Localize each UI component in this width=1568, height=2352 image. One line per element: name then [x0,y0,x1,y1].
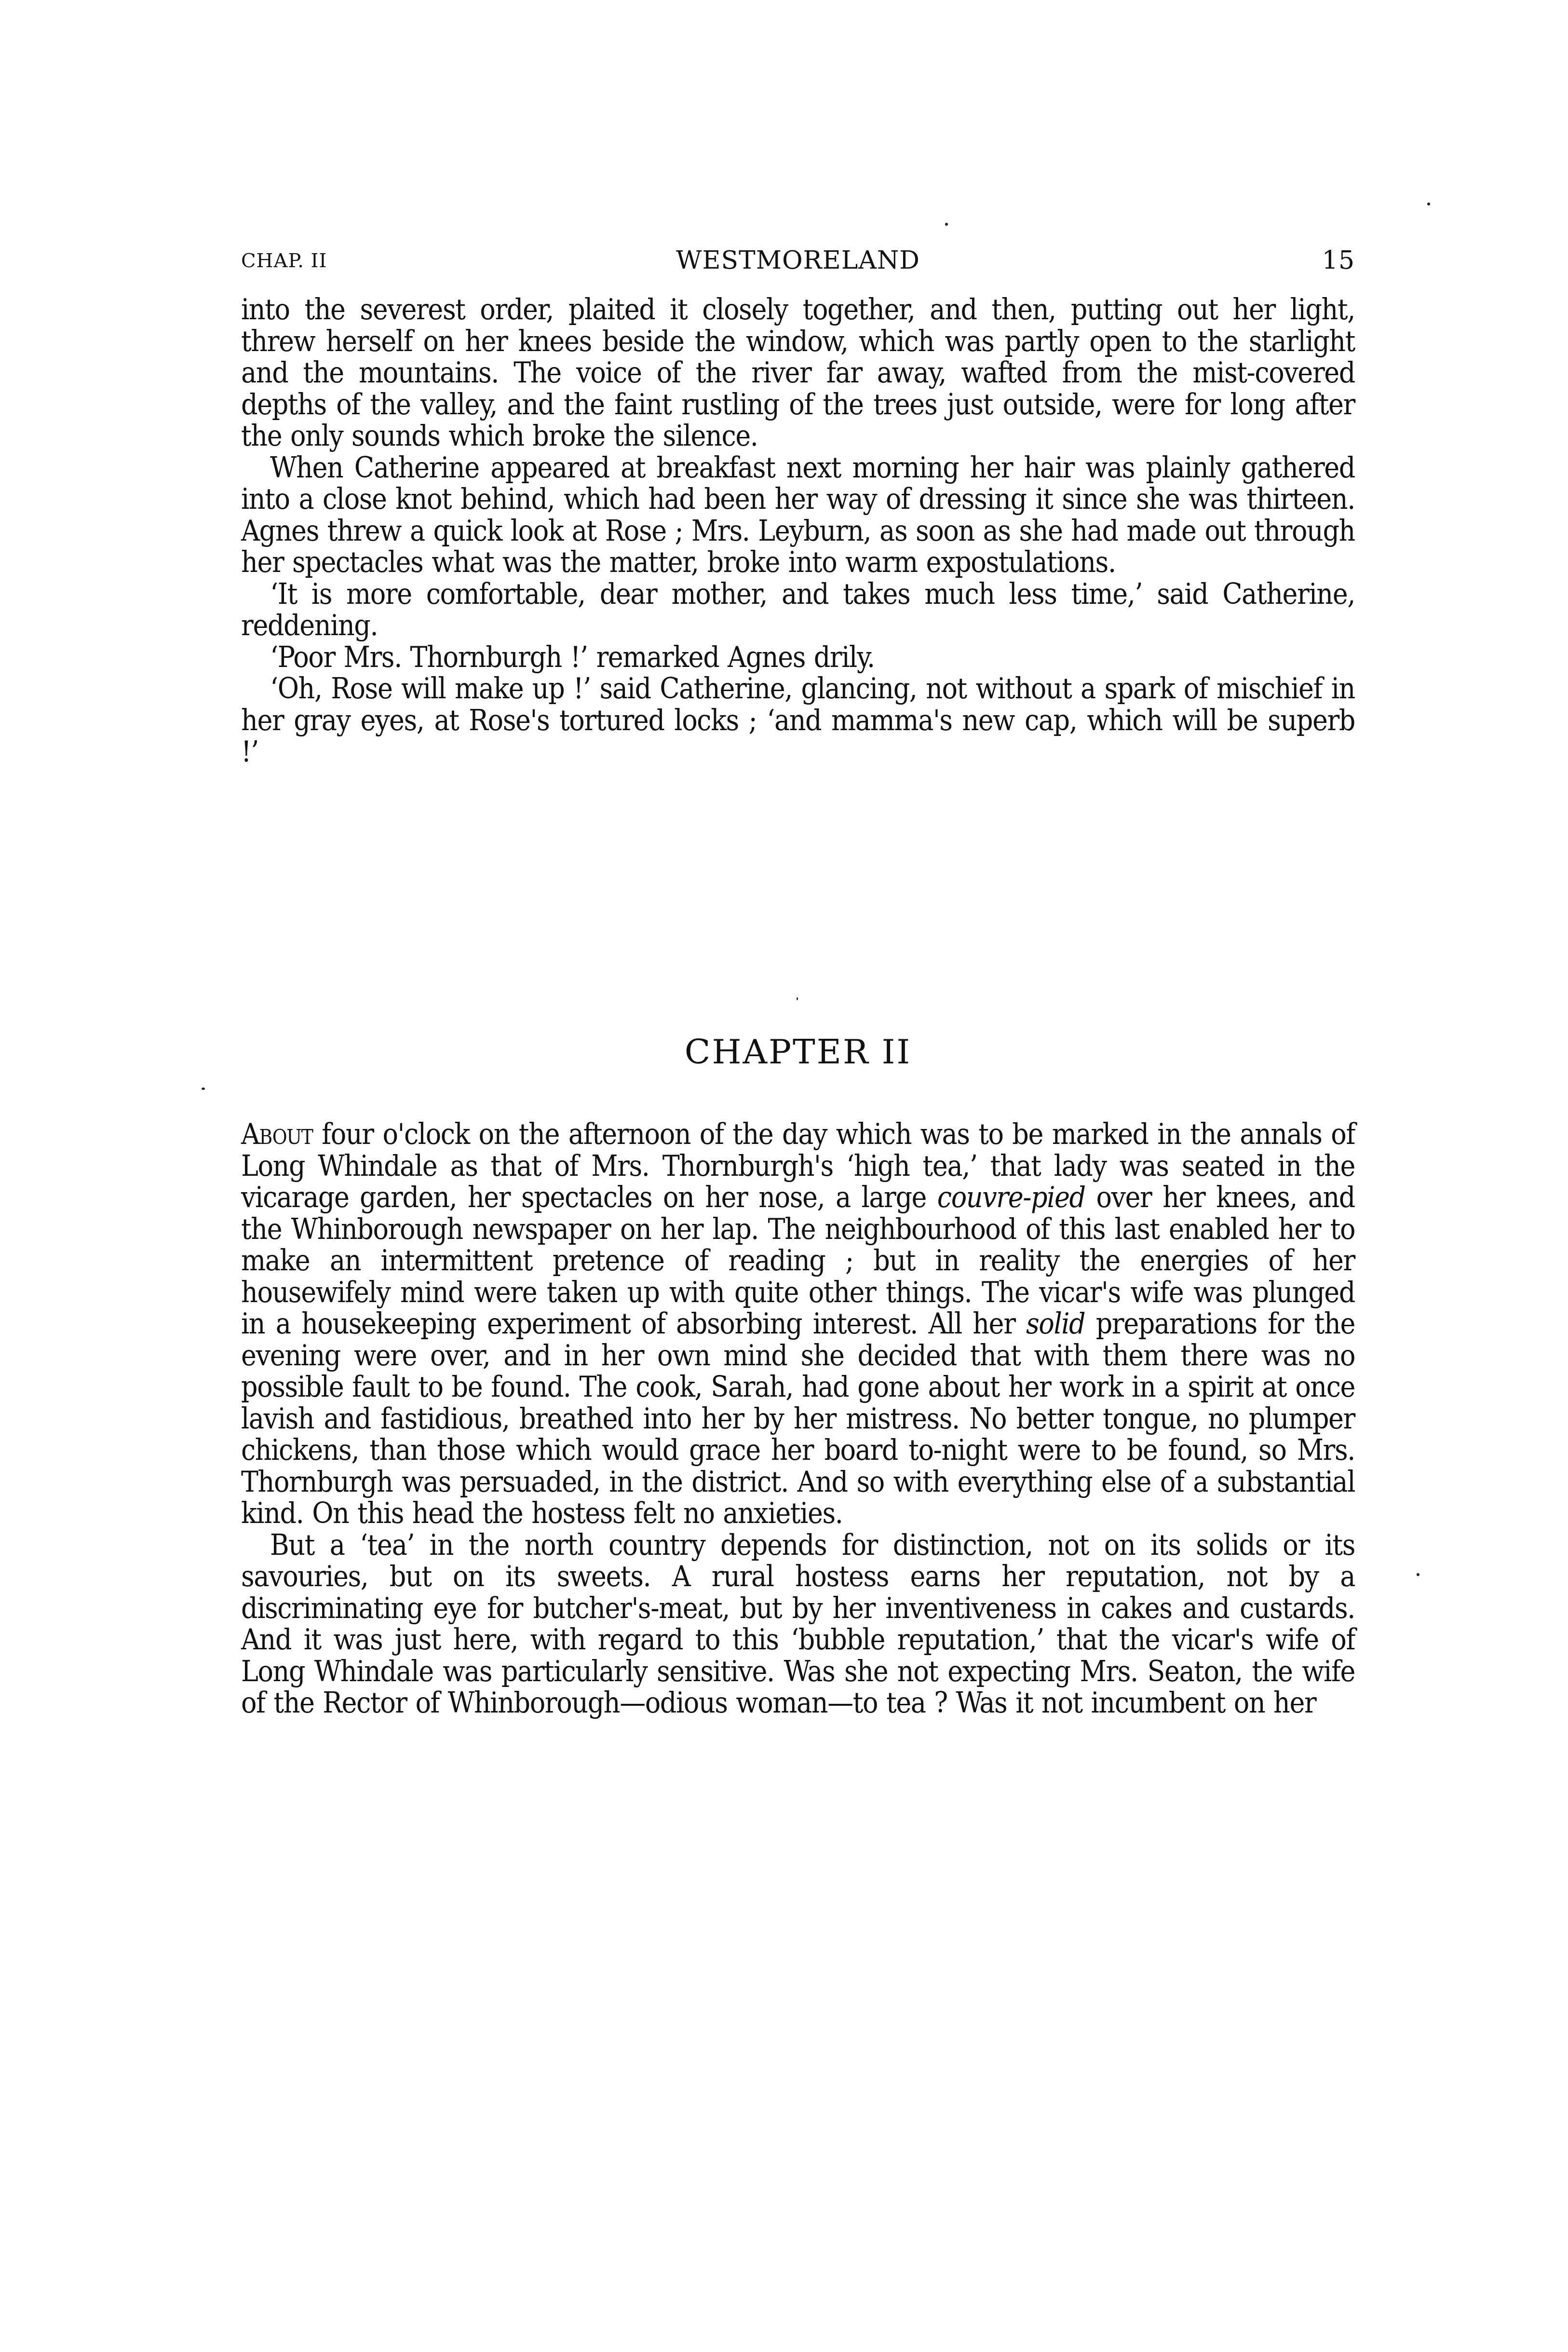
chapter-heading: CHAPTER II [241,1032,1355,1072]
paragraph: But a ‘tea’ in the north country depends… [241,1530,1355,1719]
paragraph: ‘Poor Mrs. Thornburgh !’ remarked Agnes … [241,642,1355,674]
running-title: WESTMORELAND [241,246,1355,275]
book-page: CHAP. II WESTMORELAND 15 into the severe… [0,0,1568,2352]
italic-term: couvre-pied [937,1181,1085,1214]
scan-speck [1427,203,1430,205]
scan-speck [945,223,948,226]
text-block-previous-chapter: into the severest order, plaited it clos… [241,294,1355,768]
paragraph: When Catherine appeared at breakfast nex… [241,452,1355,579]
scan-speck [797,997,798,1000]
paragraph: ‘It is more comfortable, dear mother, an… [241,579,1355,642]
text-block-chapter-body: About four o'clock on the afternoon of t… [241,1119,1355,1719]
opening-word: About [241,1117,313,1151]
running-head: CHAP. II WESTMORELAND 15 [241,241,1355,280]
scan-speck [1417,1573,1419,1576]
page-number: 15 [1322,246,1355,275]
paragraph-text: preparations for the evening were over, … [241,1307,1355,1530]
paragraph: ‘Oh, Rose will make up !’ said Catherine… [241,673,1355,768]
italic-term: solid [1026,1307,1085,1341]
scan-speck [202,1088,205,1090]
paragraph: into the severest order, plaited it clos… [241,294,1355,452]
paragraph: About four o'clock on the afternoon of t… [241,1119,1355,1530]
